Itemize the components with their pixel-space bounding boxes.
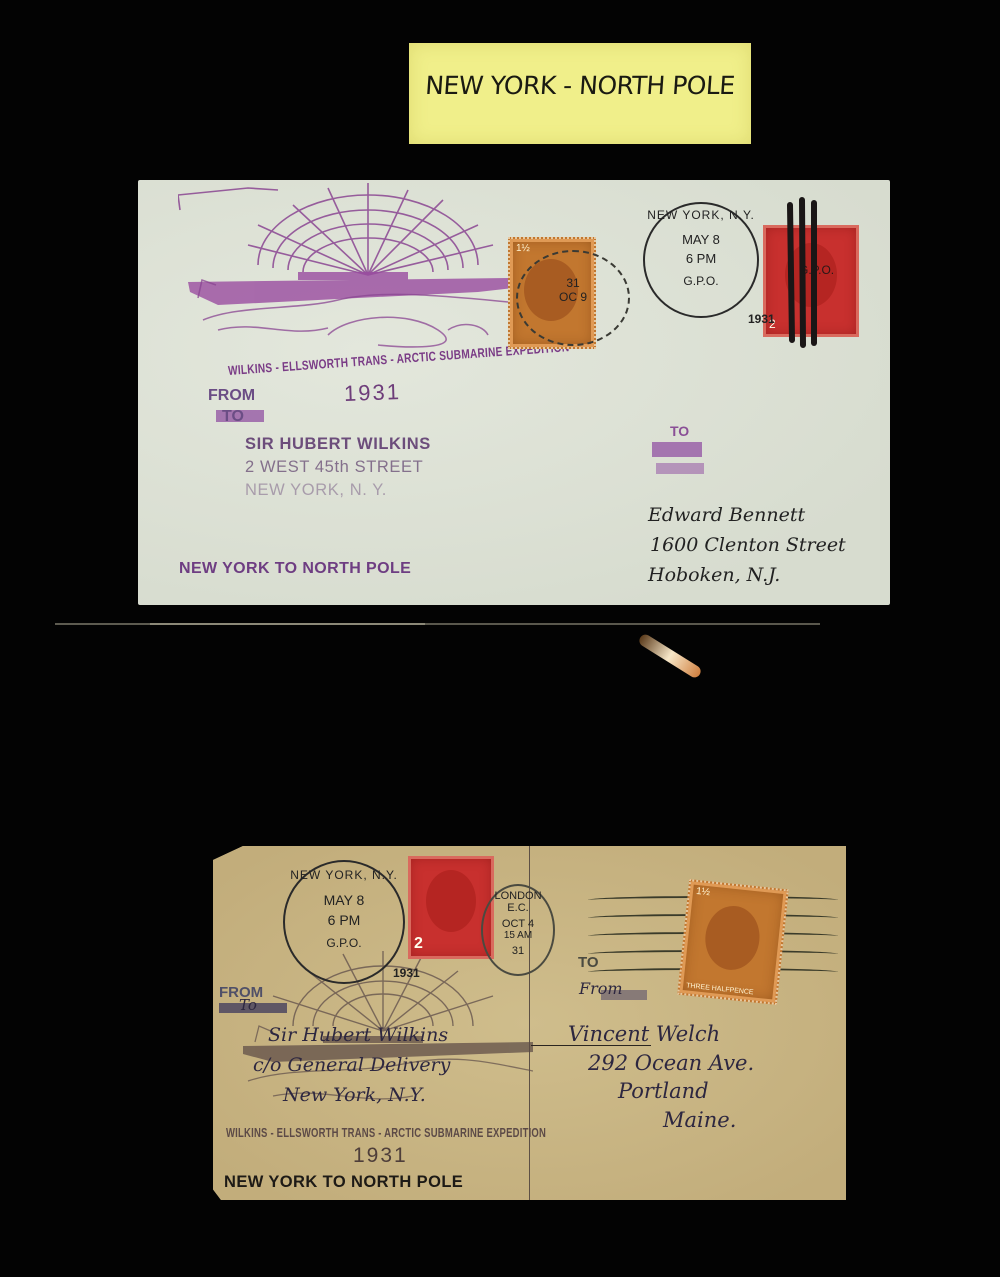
sender-address: SIR HUBERT WILKINS 2 WEST 45th STREET NE…: [245, 433, 431, 502]
recipient-line: 1600 Clenton Street: [648, 530, 846, 560]
washington-portrait-icon: [426, 870, 476, 932]
from-label-struck: From: [579, 979, 623, 998]
cachet-route-text: NEW YORK TO NORTH POLE: [224, 1173, 463, 1192]
stamp-label: THREE HALFPENCE: [686, 982, 754, 996]
postmark-time: 6 PM: [285, 912, 403, 928]
strikeout-from-block: [652, 442, 702, 457]
recipient-to-label: TO: [670, 423, 689, 439]
postmark-date: OCT 4: [483, 918, 553, 930]
cachet-year: 1931: [353, 1144, 408, 1168]
strikeout-block: [656, 463, 704, 474]
cover-1-envelope: WILKINS - ELLSWORTH TRANS - ARCTIC SUBMA…: [138, 180, 890, 605]
us-stamp-2-cent: 2: [408, 856, 494, 959]
cancel-year: 1931: [748, 312, 775, 326]
recipient-line: Portland: [618, 1079, 709, 1103]
gb-postmark: 31 OC 9: [516, 250, 630, 346]
sender-line: Sir Hubert Wilkins: [268, 1024, 448, 1046]
page-label-note: NEW YORK - NORTH POLE: [409, 43, 751, 144]
stamp-denomination: 1½: [696, 886, 711, 898]
from-label: FROM: [208, 387, 255, 405]
cancel-year: 1931: [393, 966, 420, 980]
cachet-expedition-text: WILKINS - ELLSWORTH TRANS - ARCTIC SUBMA…: [226, 1125, 546, 1140]
page-edge-highlight: [150, 623, 820, 625]
sender-line: c/o General Delivery: [253, 1054, 450, 1076]
stamp-denomination: 1½: [516, 243, 530, 254]
cachet-year: 1931: [344, 379, 402, 407]
recipient-line: 292 Ocean Ave.: [588, 1051, 754, 1075]
recipient-line: Vincent Welch: [568, 1022, 720, 1046]
cachet-route-text: NEW YORK TO NORTH POLE: [179, 560, 411, 578]
new-york-postmark: NEW YORK, N.Y. MAY 8 6 PM G.P.O.: [643, 202, 759, 318]
postmark-date: MAY 8: [285, 892, 403, 908]
postmark-time: 15 AM: [483, 930, 553, 941]
recipient-line: Hoboken, N.J.: [648, 560, 846, 590]
stamp-denomination: 2: [414, 935, 423, 953]
gb-stamp-three-halfpence: 1½ THREE HALFPENCE: [677, 879, 789, 1005]
postmark-year: 31: [483, 945, 553, 957]
recipient-line: Edward Bennett: [648, 500, 846, 530]
recipient-line: Maine.: [663, 1108, 736, 1132]
label-text: NEW YORK - NORTH POLE: [408, 71, 752, 100]
recipient-address: Edward Bennett 1600 Clenton Street Hobok…: [648, 500, 846, 590]
postmark-city: NEW YORK, N.Y.: [645, 208, 757, 222]
postmark-office: G.P.O.: [645, 274, 757, 288]
postmark-date: OC 9: [518, 290, 628, 304]
cover-2-envelope: FROM To Sir Hubert Wilkins c/o General D…: [213, 846, 846, 1200]
new-york-postmark: NEW YORK, N.Y. MAY 8 6 PM G.P.O.: [283, 860, 405, 984]
to-label-struck: To: [239, 996, 257, 1014]
sender-line: New York, N.Y.: [283, 1084, 426, 1106]
postmark-office: G.P.O.: [285, 936, 403, 950]
king-portrait-icon: [702, 903, 762, 972]
light-reflection: [637, 632, 703, 679]
recipient-to-label: TO: [578, 954, 599, 971]
sender-line: 2 WEST 45th STREET: [245, 456, 431, 479]
postmark-time: 6 PM: [645, 251, 757, 266]
postmark-date: MAY 8: [645, 232, 757, 247]
postmark-city: LONDON E.C.: [483, 890, 553, 914]
sender-line: NEW YORK, N. Y.: [245, 479, 431, 502]
postmark-year: 31: [518, 276, 628, 290]
sender-line: SIR HUBERT WILKINS: [245, 433, 431, 456]
london-postmark: LONDON E.C. OCT 4 15 AM 31: [481, 884, 555, 976]
postmark-city: NEW YORK, N.Y.: [285, 868, 403, 882]
to-label-struck: TO: [222, 408, 244, 426]
duplex-cancel-bars: [768, 195, 838, 350]
